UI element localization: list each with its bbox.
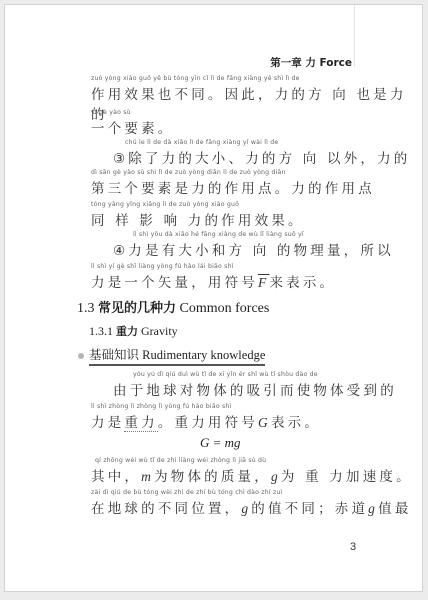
text-line: 一个要素。 bbox=[91, 117, 175, 137]
section-heading: 1.3 常见的几种力 Common forces bbox=[77, 297, 269, 317]
basic-knowledge-heading: 基础知识 Rudimentary knowledge bbox=[78, 345, 265, 366]
symbol-g: g bbox=[368, 501, 378, 516]
text-segment: 为 重 力加速度。 bbox=[281, 469, 413, 485]
symbol-g: G bbox=[258, 415, 271, 430]
text-line: 同 样 影 响 力的作用效果。 bbox=[91, 209, 305, 229]
pinyin-line: zài dì qiú de bù tóng wèi zhì de zhí bù … bbox=[91, 489, 282, 496]
pinyin-line: yí gè yào sù bbox=[91, 109, 131, 116]
section-number: 1.3 bbox=[77, 301, 95, 316]
label-zh: 基础知识 bbox=[89, 348, 139, 362]
subsection-heading: 1.3.1 重力 Gravity bbox=[89, 323, 178, 339]
pinyin-line: chú le lì de dà xiǎo lì de fāng xiàng yǐ… bbox=[125, 139, 278, 146]
section-title-en: Common forces bbox=[180, 301, 270, 316]
pinyin-line: yóu yú dì qiú duì wù tǐ de xī yǐn ér shǐ… bbox=[133, 371, 318, 378]
pinyin-line: lì shì yí gè shǐ liàng yòng fú hào lái b… bbox=[91, 263, 234, 270]
text-line: 其中，m为物体的质量，g为 重 力加速度。 bbox=[91, 465, 413, 485]
vector-symbol: F bbox=[258, 275, 269, 290]
term-gravity: 重力 bbox=[124, 415, 157, 432]
text-line: ④力是有大小和方 向 的物理量，所以 bbox=[113, 239, 394, 259]
formula: G = mg bbox=[200, 435, 241, 451]
symbol-m: m bbox=[141, 469, 154, 484]
subsection-number: 1.3.1 bbox=[89, 324, 113, 338]
text-segment: 的值不同；赤道 bbox=[251, 501, 368, 517]
text-line: ③除了力的大小、力的方 向 以外，力的 bbox=[113, 147, 411, 167]
margin-guide bbox=[354, 5, 355, 67]
text-segment: 为物体的质量， bbox=[154, 469, 271, 485]
text-segment: 在地球的不同位置， bbox=[91, 501, 241, 517]
text-segment: 来表示。 bbox=[269, 275, 336, 291]
pinyin-line: zuò yòng xiào guǒ yě bù tóng yīn cǐ lì d… bbox=[91, 75, 300, 82]
pinyin-line: dì sān gè yào sù shì lì de zuò yòng diǎn… bbox=[91, 169, 286, 176]
running-head: 第一章 力 Force bbox=[270, 55, 352, 70]
page-number: 3 bbox=[350, 541, 356, 553]
text-line: 由于地球对物体的吸引而使物体受到的 bbox=[113, 379, 397, 399]
text-line: 力是重力。重力用符号G表示。 bbox=[91, 411, 321, 431]
text-line: 力是一个矢量，用符号F来表示。 bbox=[91, 271, 336, 291]
section-title-zh: 常见的几种力 bbox=[98, 301, 176, 316]
pinyin-line: qí zhōng wéi wù tǐ de zhì liàng wéi zhòn… bbox=[95, 457, 266, 464]
subsection-title-en: Gravity bbox=[141, 324, 178, 338]
text-line: 第三个要素是力的作用点。力的作用点 bbox=[91, 177, 375, 197]
basic-knowledge-label: 基础知识 Rudimentary knowledge bbox=[89, 345, 265, 366]
text-segment: 表示。 bbox=[271, 415, 321, 431]
pinyin-line: lì shì yǒu dà xiǎo hé fāng xiàng de wù l… bbox=[133, 231, 304, 238]
pinyin-line: lì shì zhòng lì zhòng lì yòng fú hào biǎ… bbox=[91, 403, 231, 410]
text-segment: 力是 bbox=[91, 415, 124, 431]
text-segment: 其中， bbox=[91, 469, 141, 485]
symbol-g: g bbox=[271, 469, 281, 484]
symbol-g: g bbox=[241, 501, 251, 516]
text-segment: 值最 bbox=[378, 501, 411, 517]
text-line: 在地球的不同位置，g的值不同；赤道g值最 bbox=[91, 497, 412, 517]
text-segment: 。重力用符号 bbox=[158, 415, 258, 431]
text-segment: 力是一个矢量，用符号 bbox=[91, 275, 258, 291]
bullet-icon bbox=[78, 353, 84, 359]
document-page: 第一章 力 Force zuò yòng xiào guǒ yě bù tóng… bbox=[4, 4, 423, 592]
subsection-title-zh: 重力 bbox=[116, 325, 138, 338]
pinyin-line: tóng yàng yǐng xiǎng lì de zuò yòng xiào… bbox=[91, 201, 239, 208]
label-en: Rudimentary knowledge bbox=[142, 348, 265, 362]
